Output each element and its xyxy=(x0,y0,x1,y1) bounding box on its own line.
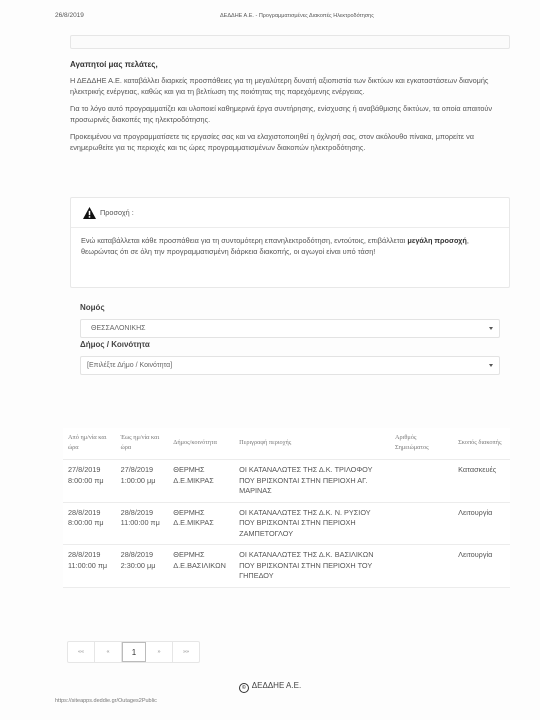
table-row: 27/8/2019 8:00:00 πμ 27/8/2019 1:00:00 μ… xyxy=(63,460,510,503)
prefecture-select[interactable]: ΘΕΣΣΑΛΟΝΙΚΗΣ xyxy=(80,319,500,338)
pagination: «« « 1 » »» xyxy=(67,641,200,663)
cell-municipality: ΘΕΡΜΗΣ Δ.Ε.ΒΑΣΙΛΙΚΩΝ xyxy=(168,545,234,588)
page-1-button[interactable]: 1 xyxy=(122,642,146,662)
cell-area-description: ΟΙ ΚΑΤΑΝΑΛΩΤΕΣ ΤΗΣ Δ.Κ. Ν. ΡΥΣΙΟΥ ΠΟΥ ΒΡ… xyxy=(234,502,390,545)
next-page-button[interactable]: » xyxy=(146,642,173,662)
first-page-button[interactable]: «« xyxy=(68,642,95,662)
alert-header: Προσοχή : xyxy=(71,198,509,228)
header-note-number: Αριθμός Σημειώματος xyxy=(390,428,453,460)
footer: ©ΔΕΔΔΗΕ Α.Ε. xyxy=(0,681,540,693)
print-title: ΔΕΔΔΗΕ Α.Ε. - Προγραμματισμένες Διακοπές… xyxy=(220,13,374,19)
chevron-down-icon xyxy=(489,364,493,367)
prefecture-value: ΘΕΣΣΑΛΟΝΙΚΗΣ xyxy=(87,325,145,332)
footer-company: ΔΕΔΔΗΕ Α.Ε. xyxy=(252,681,301,690)
header-from: Από ημ/νία και ώρα xyxy=(63,428,116,460)
table-row: 28/8/2019 8:00:00 πμ 28/8/2019 11:00:00 … xyxy=(63,502,510,545)
cell-from: 28/8/2019 8:00:00 πμ xyxy=(63,502,116,545)
header-area-description: Περιγραφή περιοχής xyxy=(234,428,390,460)
cell-note-number xyxy=(390,460,453,503)
cell-from: 27/8/2019 8:00:00 πμ xyxy=(63,460,116,503)
top-empty-box xyxy=(70,35,510,49)
chevron-down-icon xyxy=(489,327,493,330)
outages-table: Από ημ/νία και ώρα Έως ημ/νία και ώρα Δή… xyxy=(63,428,510,588)
cell-purpose: Λειτουργία xyxy=(453,545,510,588)
cell-municipality: ΘΕΡΜΗΣ Δ.Ε.ΜΙΚΡΑΣ xyxy=(168,460,234,503)
print-header: 26/8/2019 ΔΕΔΔΗΕ Α.Ε. - Προγραμματισμένε… xyxy=(0,8,540,20)
intro-section: Αγαπητοί μας πελάτες, Η ΔΕΔΔΗΕ Α.Ε. κατα… xyxy=(70,60,510,160)
alert-text: Ενώ καταβάλλεται κάθε προσπάθεια για τη … xyxy=(81,236,407,245)
cell-from: 28/8/2019 11:00:00 πμ xyxy=(63,545,116,588)
print-date: 26/8/2019 xyxy=(55,12,84,19)
greeting: Αγαπητοί μας πελάτες, xyxy=(70,60,510,69)
municipality-select[interactable]: [Επιλέξτε Δήμο / Κοινότητα] xyxy=(80,356,500,375)
intro-paragraph: Η ΔΕΔΔΗΕ Α.Ε. καταβάλλει διαρκείς προσπά… xyxy=(70,76,510,97)
cell-note-number xyxy=(390,545,453,588)
warning-icon xyxy=(83,207,96,219)
last-page-button[interactable]: »» xyxy=(173,642,199,662)
table-header-row: Από ημ/νία και ώρα Έως ημ/νία και ώρα Δή… xyxy=(63,428,510,460)
header-municipality: Δήμος/κοινότητα xyxy=(168,428,234,460)
alert-body: Ενώ καταβάλλεται κάθε προσπάθεια για τη … xyxy=(71,228,509,265)
prev-page-button[interactable]: « xyxy=(95,642,122,662)
cell-to: 27/8/2019 1:00:00 μμ xyxy=(116,460,169,503)
cell-purpose: Λειτουργία xyxy=(453,502,510,545)
cell-municipality: ΘΕΡΜΗΣ Δ.Ε.ΜΙΚΡΑΣ xyxy=(168,502,234,545)
header-purpose: Σκοπός διακοπής xyxy=(453,428,510,460)
table-row: 28/8/2019 11:00:00 πμ 28/8/2019 2:30:00 … xyxy=(63,545,510,588)
header-to: Έως ημ/νία και ώρα xyxy=(116,428,169,460)
cell-note-number xyxy=(390,502,453,545)
cell-to: 28/8/2019 2:30:00 μμ xyxy=(116,545,169,588)
cell-purpose: Κατασκευές xyxy=(453,460,510,503)
municipality-value: [Επιλέξτε Δήμο / Κοινότητα] xyxy=(87,362,172,369)
intro-paragraph: Για το λόγο αυτό προγραμματίζει και υλοπ… xyxy=(70,104,510,125)
cell-area-description: ΟΙ ΚΑΤΑΝΑΛΩΤΕΣ ΤΗΣ Δ.Κ. ΒΑΣΙΛΙΚΩΝ ΠΟΥ ΒΡ… xyxy=(234,545,390,588)
alert-emphasis: μεγάλη προσοχή xyxy=(407,236,466,245)
copyright-icon: © xyxy=(239,683,249,693)
print-url: https://siteapps.deddie.gr/Outages2Publi… xyxy=(55,698,157,704)
warning-alert: Προσοχή : Ενώ καταβάλλεται κάθε προσπάθε… xyxy=(70,197,510,288)
cell-area-description: ΟΙ ΚΑΤΑΝΑΛΩΤΕΣ ΤΗΣ Δ.Κ. ΤΡΙΛΟΦΟΥ ΠΟΥ ΒΡΙ… xyxy=(234,460,390,503)
alert-title: Προσοχή : xyxy=(100,208,134,217)
prefecture-label: Νομός xyxy=(80,303,105,312)
cell-to: 28/8/2019 11:00:00 πμ xyxy=(116,502,169,545)
intro-paragraph: Προκειμένου να προγραμματίσετε τις εργασ… xyxy=(70,132,510,153)
municipality-label: Δήμος / Κοινότητα xyxy=(80,340,150,349)
